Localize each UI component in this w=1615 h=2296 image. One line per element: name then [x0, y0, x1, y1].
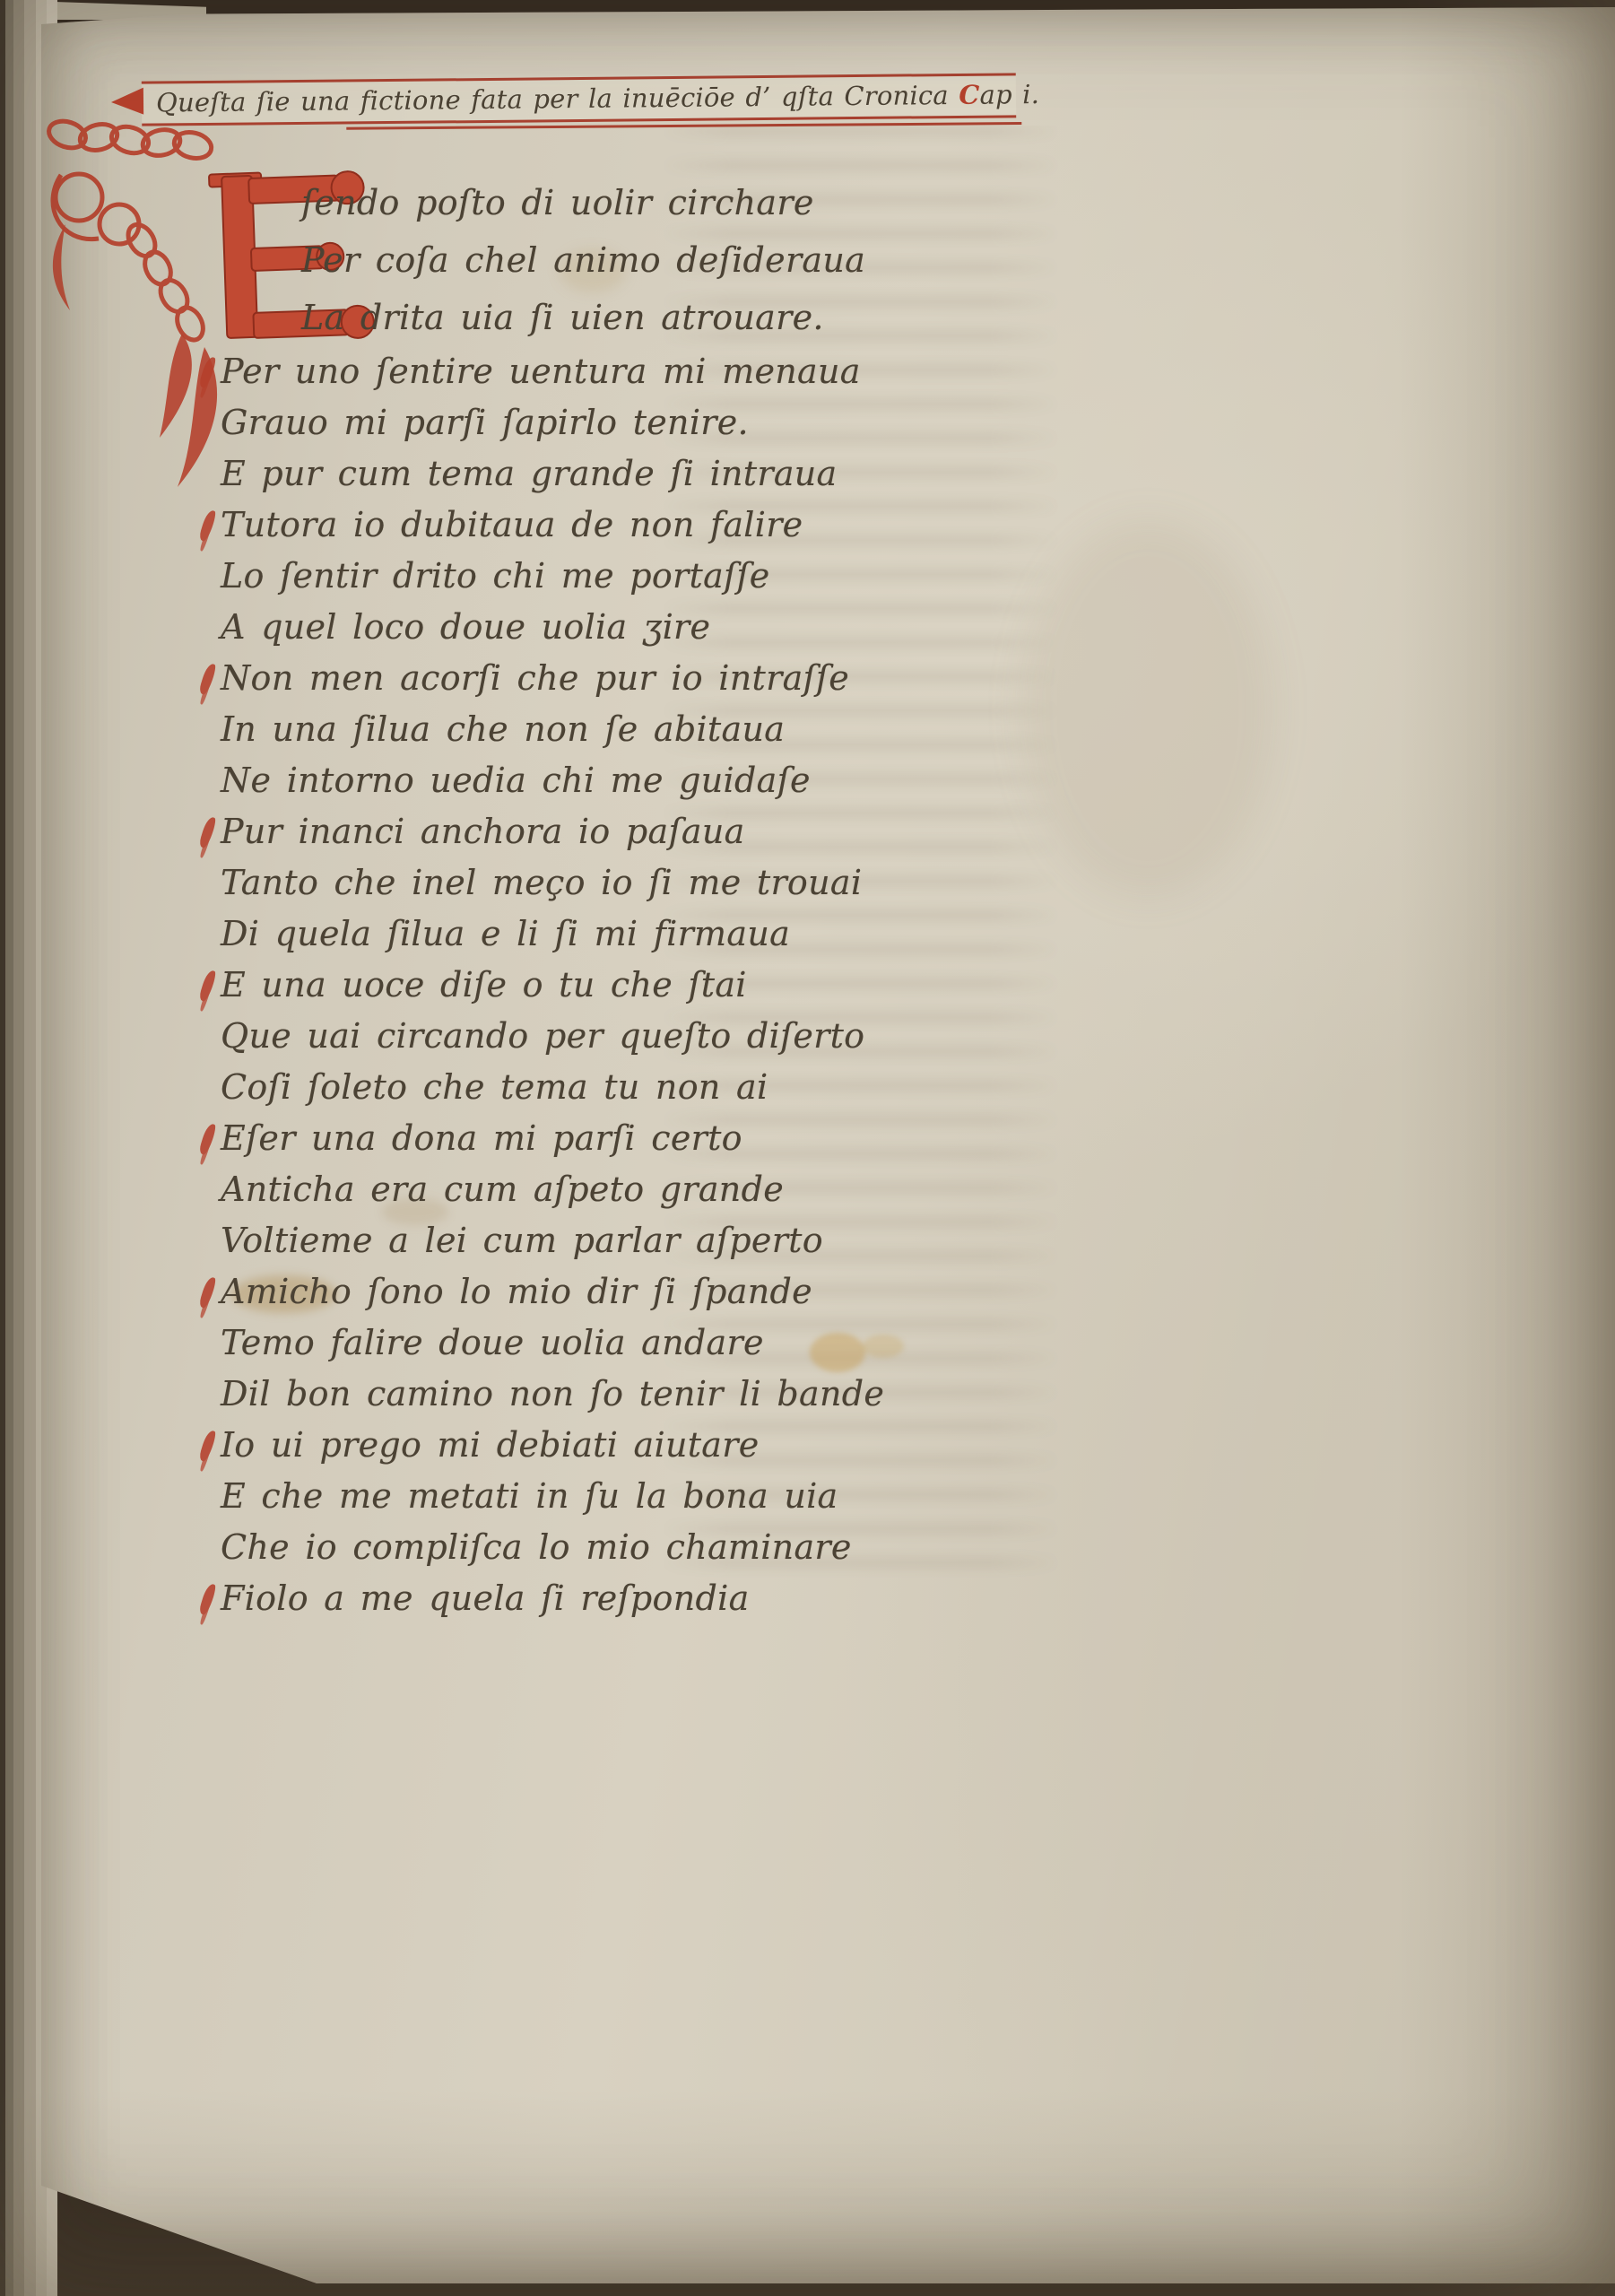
- verse-line-text: A quel loco doue uolia ʒire: [221, 607, 710, 647]
- verse-line: La drita uia ſi uien atrouare.: [301, 289, 884, 346]
- verse-line-text: Per uno ſentire uentura mi menaua: [221, 352, 861, 391]
- verse-line: Fiolo a me quela ſi reſpondia: [221, 1573, 884, 1624]
- verse-line: Que uai circando per queſto diſerto: [221, 1011, 884, 1062]
- verse-line: A quel loco doue uolia ʒire: [221, 602, 884, 653]
- verse-line-text: Pur inanci anchora io paſaua: [221, 812, 745, 851]
- verse-line: In una ſilua che non ſe abitaua: [221, 704, 884, 755]
- verse-line-text: Tanto che inel meço io ſi me trouai: [221, 863, 862, 902]
- manuscript-photo: Queſta ſie una fictione fata per la inuē…: [0, 0, 1615, 2296]
- verse-line-text: Anticha era cum aſpeto grande: [221, 1170, 784, 1209]
- verse-line-text: Io ui prego mi debiati aiutare: [221, 1425, 760, 1465]
- verse-line-text: E una uoce diſe o tu che ſtai: [221, 965, 747, 1004]
- chapter-rubric-text: Queſta ſie una fictione fata per la inuē…: [142, 79, 1039, 118]
- verse-line: Io ui prego mi debiati aiutare: [221, 1420, 884, 1471]
- verse-line-text: Per coſa chel animo deſideraua: [301, 240, 865, 280]
- verse-line-text: Grauo mi parſi ſapirlo tenire.: [221, 403, 749, 442]
- verse-line-text: In una ſilua che non ſe abitaua: [221, 709, 785, 749]
- verse-line: Grauo mi parſi ſapirlo tenire.: [221, 397, 884, 448]
- verse-line-text: Coſi ſoleto che tema tu non ai: [221, 1067, 768, 1107]
- verse-line: Eſer una dona mi parſi certo: [221, 1113, 884, 1164]
- knotwork-chain-icon: [46, 117, 214, 344]
- verse-block: ſendo poſto di uolir circhare Per coſa c…: [221, 174, 884, 1624]
- verse-line-text: Temo falire doue uolia andare: [221, 1323, 764, 1362]
- verse-line-text: Tutora io dubitaua de non falire: [221, 505, 803, 544]
- verse-line-text: La drita uia ſi uien atrouare.: [301, 298, 824, 337]
- verse-line-text: Voltieme a lei cum parlar aſperto: [221, 1221, 823, 1260]
- verse-line-text: Di quela ſilua e li ſi mi firmaua: [221, 914, 790, 953]
- verse-line-text: Eſer una dona mi parſi certo: [221, 1118, 742, 1158]
- verse-line-text: Fiolo a me quela ſi reſpondia: [221, 1578, 750, 1618]
- leaf-flourish-icon: [53, 224, 217, 487]
- verse-line: Coſi ſoleto che tema tu non ai: [221, 1062, 884, 1113]
- chapter-cap-rest: ap i.: [979, 79, 1039, 110]
- verse-line-text: ſendo poſto di uolir circhare: [301, 183, 814, 222]
- verse-line: Dil bon camino non ſo tenir li bande: [221, 1369, 884, 1420]
- verse-line: E che me metati in ſu la bona uia: [221, 1471, 884, 1522]
- verse-line-text: E pur cum tema grande ſi intraua: [221, 454, 838, 493]
- verse-line: E pur cum tema grande ſi intraua: [221, 448, 884, 500]
- heading-text: Queſta ſie una fictione fata per la inuē…: [156, 80, 949, 117]
- verse-line: Amicho ſono lo mio dir ſi ſpande: [221, 1266, 884, 1318]
- verse-line-text: Amicho ſono lo mio dir ſi ſpande: [221, 1272, 812, 1311]
- chapter-cap-initial: C: [959, 80, 980, 110]
- verse-line: ſendo poſto di uolir circhare: [301, 174, 884, 231]
- verse-line-text: Ne intorno uedia chi me guidaſe: [221, 761, 811, 800]
- verse-line-text: E che me metati in ſu la bona uia: [221, 1476, 838, 1516]
- verse-line: Per coſa chel animo deſideraua: [301, 231, 884, 289]
- verse-line: E una uoce diſe o tu che ſtai: [221, 960, 884, 1011]
- verse-line: Pur inanci anchora io paſaua: [221, 806, 884, 857]
- verse-line: Ne intorno uedia chi me guidaſe: [221, 755, 884, 806]
- verse-line: Tanto che inel meço io ſi me trouai: [221, 857, 884, 909]
- verse-line: Per uno ſentire uentura mi menaua: [221, 346, 884, 397]
- verse-line-text: Dil bon camino non ſo tenir li bande: [221, 1374, 884, 1413]
- verse-line: Lo ſentir drito chi me portaſſe: [221, 551, 884, 602]
- verse-line: Anticha era cum aſpeto grande: [221, 1164, 884, 1215]
- verse-line-text: Non men acorſi che pur io intraſſe: [221, 658, 849, 698]
- verse-line-text: Que uai circando per queſto diſerto: [221, 1016, 864, 1056]
- verse-line: Che io compliſca lo mio chaminare: [221, 1522, 884, 1573]
- verse-line: Di quela ſilua e li ſi mi firmaua: [221, 909, 884, 960]
- verse-line-text: Lo ſentir drito chi me portaſſe: [221, 556, 770, 596]
- chapter-rubric-band: Queſta ſie una fictione fata per la inuē…: [142, 73, 1016, 126]
- verse-line: Non men acorſi che pur io intraſſe: [221, 653, 884, 704]
- verse-line: Temo falire doue uolia andare: [221, 1318, 884, 1369]
- verse-line: Tutora io dubitaua de non falire: [221, 500, 884, 551]
- verse-line-text: Che io compliſca lo mio chaminare: [221, 1527, 852, 1567]
- verse-line: Voltieme a lei cum parlar aſperto: [221, 1215, 884, 1266]
